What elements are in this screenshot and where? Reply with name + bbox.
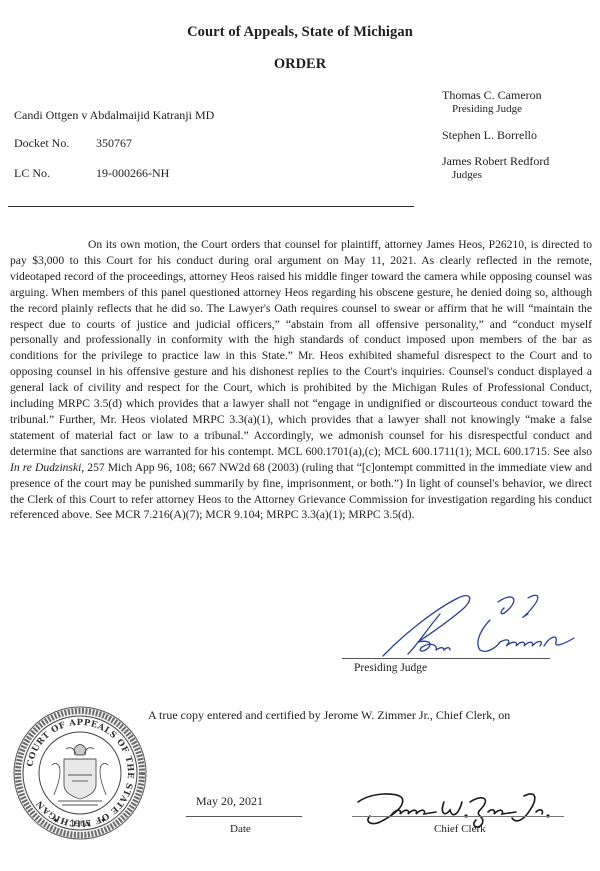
order-body: On its own motion, the Court orders that… — [10, 237, 592, 523]
judge-member: Stephen L. Borrello — [442, 128, 549, 142]
clerk-label: Chief Clerk — [434, 823, 486, 835]
document-type: ORDER — [0, 56, 600, 73]
judge-role: Judges — [442, 168, 549, 182]
judge-name: Thomas C. Cameron — [442, 88, 549, 102]
lc-number: 19-000266-NH — [96, 166, 169, 181]
court-title: Court of Appeals, State of Michigan — [0, 24, 600, 41]
case-citation: In re Dudzinski — [10, 461, 81, 474]
court-seal-icon: COURT OF APPEALS OF THE STATE OF MICHIGA… — [12, 705, 148, 841]
judge-signature — [378, 590, 578, 658]
svg-text:1965: 1965 — [70, 819, 90, 828]
caption-divider — [8, 206, 414, 207]
judge-role: Presiding Judge — [442, 102, 549, 116]
case-name: Candi Ottgen v Abdalmaijid Katranji MD — [14, 108, 214, 123]
signature-line — [342, 658, 550, 659]
date-line — [186, 816, 302, 817]
date-label: Date — [230, 823, 251, 835]
certification-date: May 20, 2021 — [196, 794, 263, 809]
lc-label: LC No. — [14, 166, 50, 181]
presiding-judge-label: Presiding Judge — [354, 662, 427, 674]
judge-name: Stephen L. Borrello — [442, 128, 549, 142]
judge-member: James Robert Redford Judges — [442, 154, 549, 182]
judge-panel: Thomas C. Cameron Presiding Judge Stephe… — [442, 88, 549, 194]
order-text-part1: On its own motion, the Court orders that… — [10, 238, 592, 458]
order-text-part2: , 257 Mich App 96, 108; 667 NW2d 68 (200… — [10, 461, 592, 522]
clerk-signature-line — [352, 816, 564, 817]
judge-name: James Robert Redford — [442, 154, 549, 168]
docket-label: Docket No. — [14, 136, 69, 151]
certification-text: A true copy entered and certified by Jer… — [148, 708, 510, 723]
svg-text:✦: ✦ — [100, 816, 107, 825]
judge-presiding: Thomas C. Cameron Presiding Judge — [442, 88, 549, 116]
docket-number: 350767 — [96, 136, 132, 151]
svg-text:✦: ✦ — [52, 816, 59, 825]
